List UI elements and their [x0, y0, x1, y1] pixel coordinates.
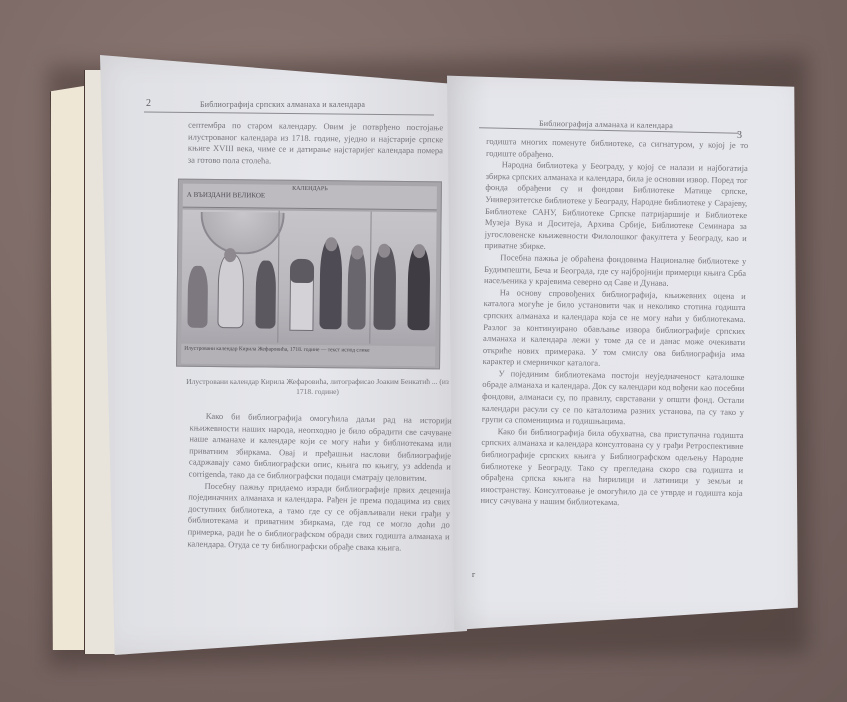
panel-divider	[369, 212, 371, 344]
right-body-text: годишта многих поменуте библиотеке, са с…	[480, 136, 748, 552]
left-page-number: 2	[146, 98, 151, 109]
saint-figure	[407, 246, 430, 330]
left-running-head: Библиографија српских алманаха и календа…	[200, 100, 365, 109]
saint-figure	[217, 254, 244, 328]
body-paragraph: На основу спровођених библиографија, књи…	[483, 287, 746, 372]
saint-figure	[187, 266, 208, 328]
left-intro-text: септембра по старом календару. Овим је п…	[188, 120, 443, 171]
illustration-subtitle: А ВЪИЗДАНИ ВЕЛИКОЕ	[187, 191, 265, 200]
intro-paragraph: септембра по старом календару. Овим је п…	[188, 120, 443, 169]
right-page: Библиографија алманаха и календара 3 год…	[447, 70, 805, 630]
illustration-caption: Илустровани календар Кирила Жефаровића, …	[180, 377, 455, 397]
saint-head	[351, 245, 363, 259]
panel-divider	[277, 211, 279, 343]
left-body-text: Како би библиографија омогућила даљи рад…	[186, 411, 452, 616]
left-header-rule	[144, 111, 434, 115]
body-paragraph: Посебна пажња је обраћена фондовима Наци…	[484, 252, 747, 291]
body-paragraph: Како би библиографија била обухватна, св…	[480, 426, 743, 511]
saint-figure	[373, 246, 396, 330]
illustration-footer-text: Илустровани календар Кирила Жефаровића, …	[181, 344, 435, 367]
body-paragraph: Како би библиографија омогућила даљи рад…	[189, 411, 452, 486]
body-paragraph: Посебну пажњу придаемо изради библиограф…	[187, 480, 450, 555]
body-paragraph: Народна библиотека у Београду, у којој с…	[484, 159, 747, 256]
saint-figure	[319, 239, 342, 329]
illustration-image	[181, 210, 436, 345]
saint-head	[413, 244, 425, 258]
saint-head	[378, 244, 390, 258]
saint-head	[224, 248, 236, 262]
stray-mark: г	[472, 570, 475, 579]
saint-head	[325, 237, 337, 251]
saint-figure	[347, 247, 366, 329]
saint-figure	[255, 260, 276, 328]
sun-rays-decoration	[200, 212, 284, 255]
calendar-illustration: КАЛЕНДАРЬ А ВЪИЗДАНИ ВЕЛИКОЕ Илустровани…	[176, 179, 442, 370]
body-paragraph: У појединим библиотекама постоји неуједн…	[482, 368, 745, 430]
illustration-header: КАЛЕНДАРЬ А ВЪИЗДАНИ ВЕЛИКОЕ	[183, 184, 437, 211]
saint-figure	[290, 259, 314, 283]
